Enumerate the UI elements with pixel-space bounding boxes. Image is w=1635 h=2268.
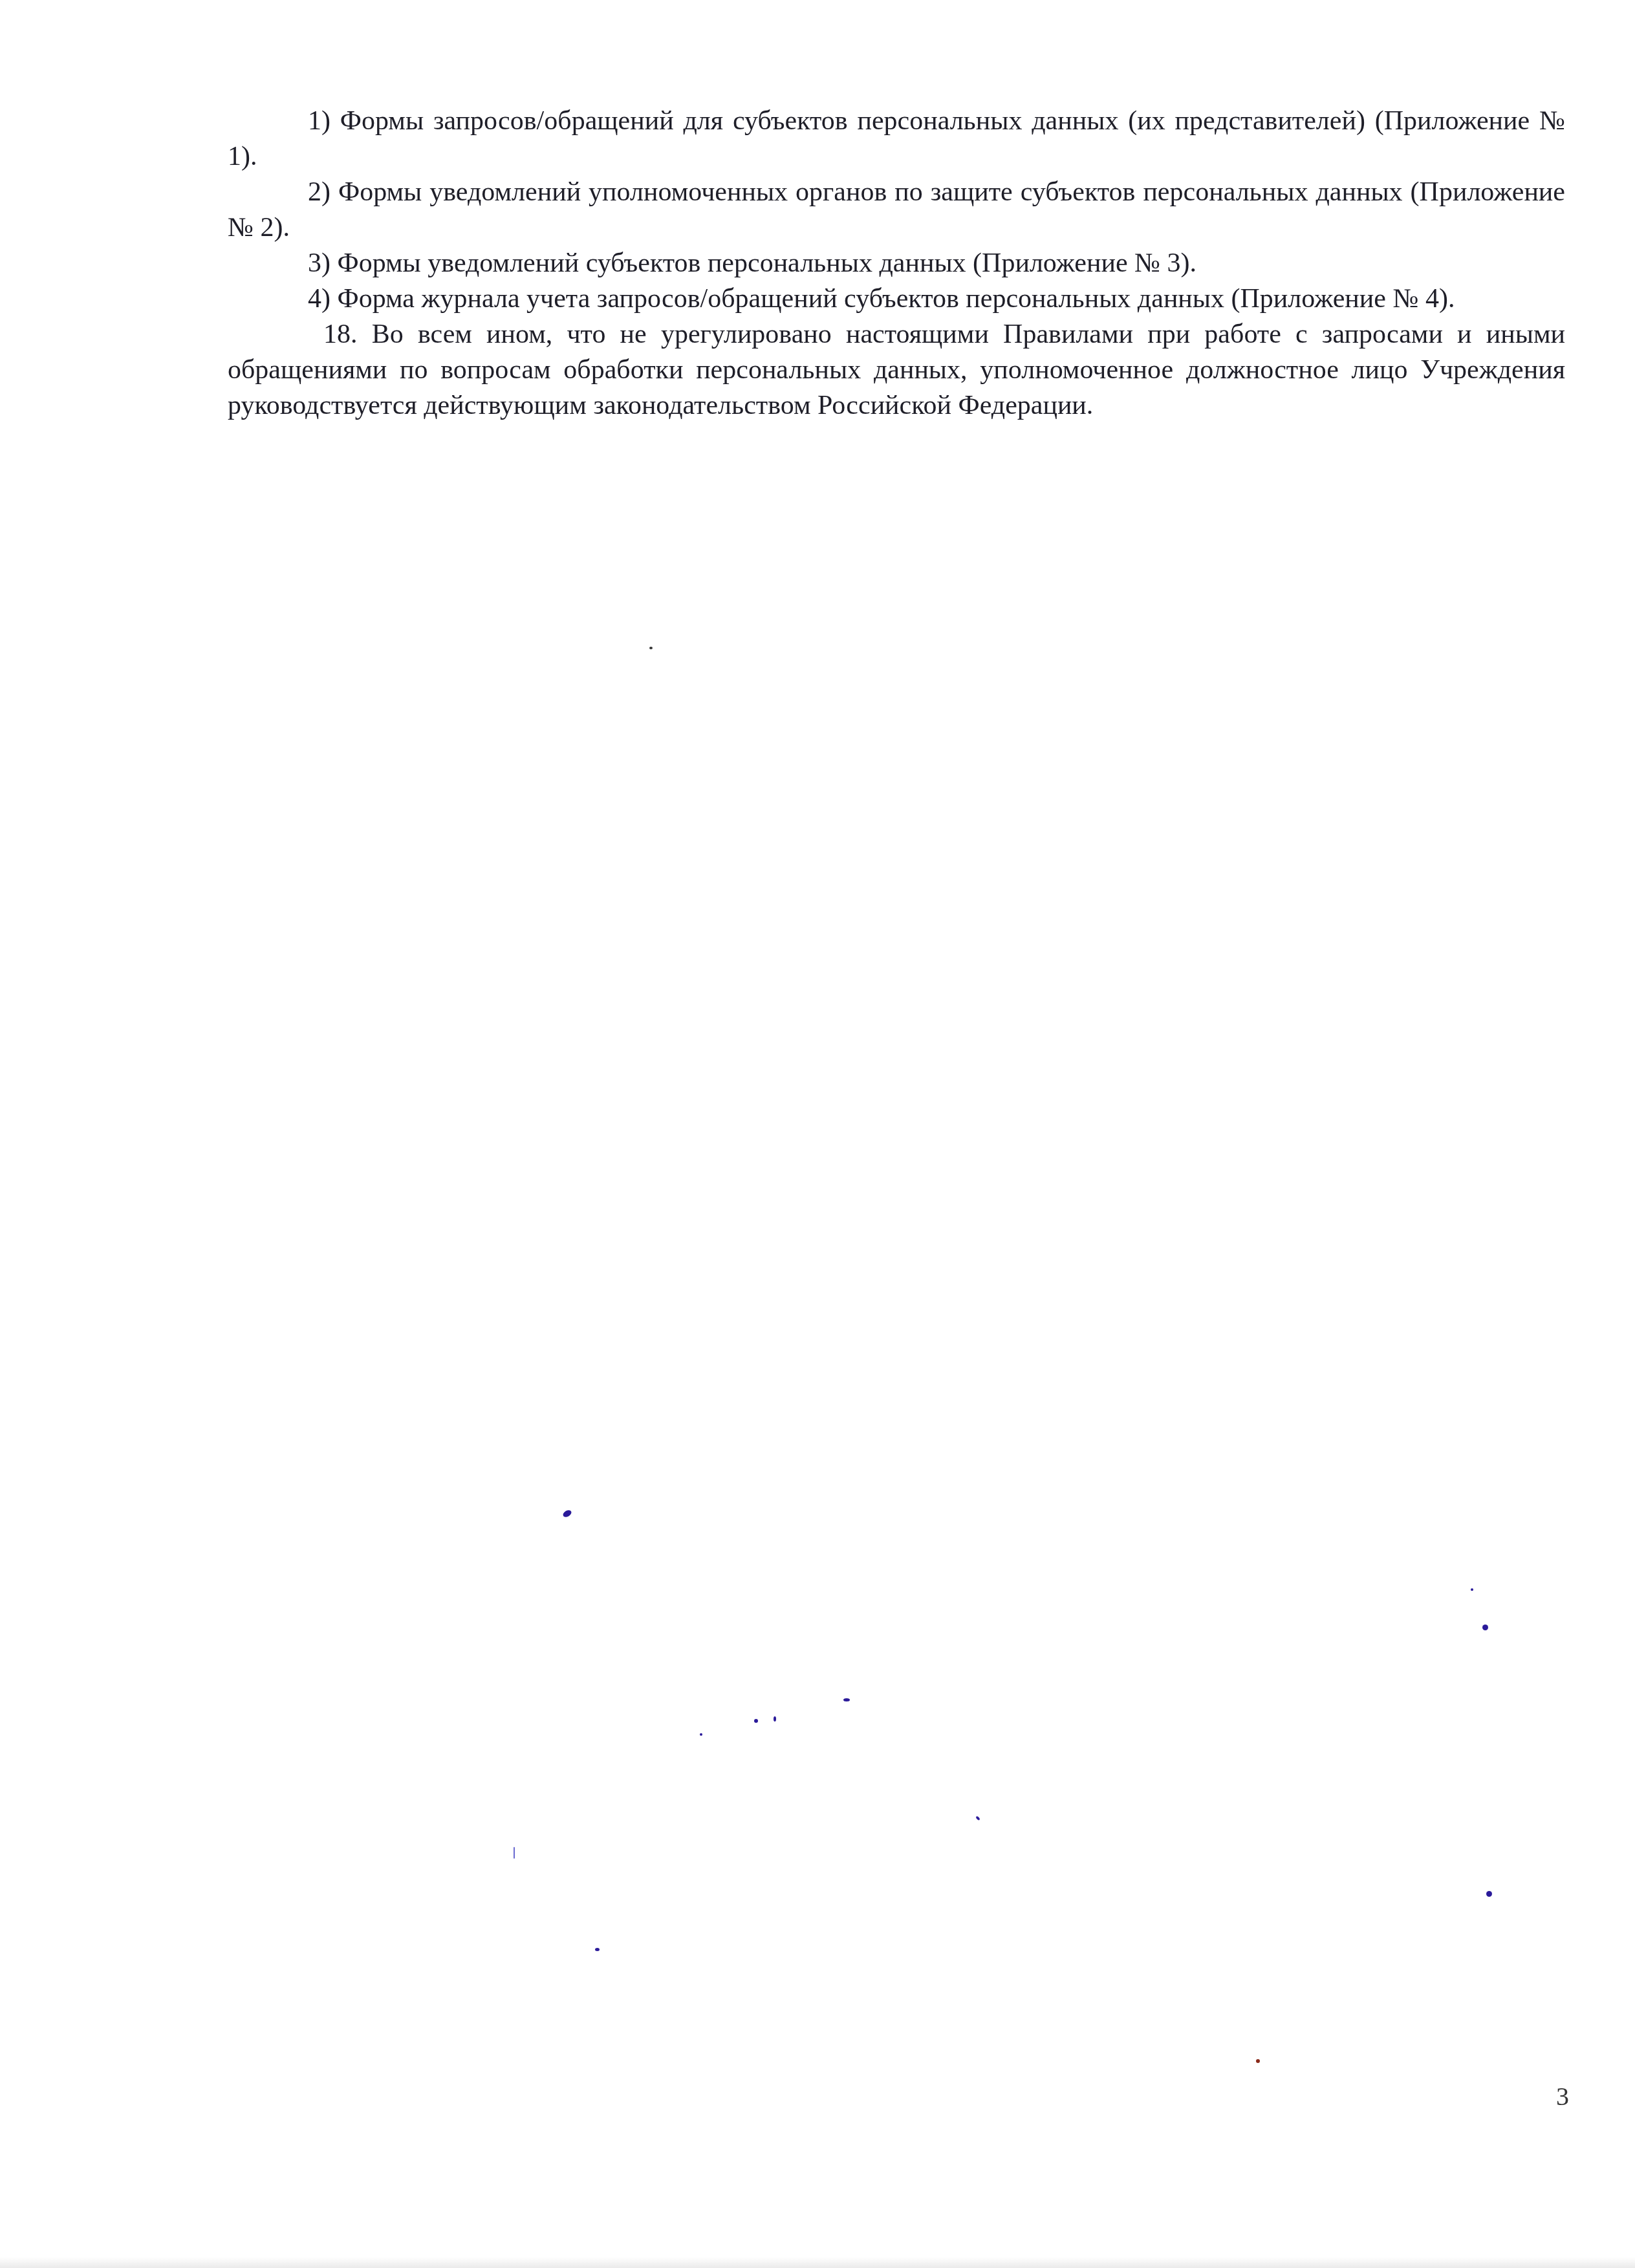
ink-speck (514, 1847, 515, 1859)
document-body: 1) Формы запросов/обращений для субъекто… (228, 103, 1565, 424)
list-item-forms-subject-notifications: 3) Формы уведомлений субъектов персональ… (228, 246, 1565, 281)
ink-speck (1256, 2059, 1260, 2063)
page-number: 3 (1556, 2081, 1569, 2111)
ink-speck (595, 1948, 600, 1951)
list-item-forms-requests: 1) Формы запросов/обращений для субъекто… (228, 103, 1565, 175)
ink-speck (1471, 1588, 1473, 1591)
list-item-forms-authority-notifications: 2) Формы уведомлений уполномоченных орга… (228, 175, 1565, 246)
ink-speck (774, 1716, 776, 1722)
ink-speck (1486, 1891, 1492, 1897)
ink-speck (843, 1698, 850, 1701)
ink-speck (975, 1816, 980, 1821)
clause-18: 18. Во всем ином, что не урегулировано н… (228, 317, 1565, 424)
scan-edge (0, 2257, 1635, 2268)
ink-speck (754, 1719, 758, 1723)
list-item-journal-form: 4) Форма журнала учета запросов/обращени… (228, 281, 1565, 317)
ink-speck (562, 1509, 573, 1518)
document-page: 1) Формы запросов/обращений для субъекто… (0, 0, 1635, 2268)
ink-speck (1482, 1625, 1488, 1630)
ink-speck (700, 1733, 702, 1736)
ink-speck (649, 647, 653, 649)
